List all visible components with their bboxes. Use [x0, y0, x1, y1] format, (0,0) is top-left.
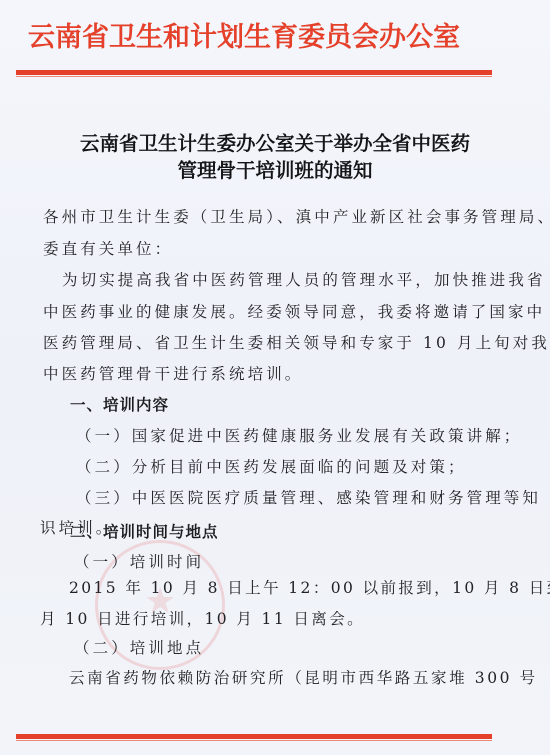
section-1-item-3-line-1: （三）中医医院医疗质量管理、感染管理和财务管理等知	[76, 487, 541, 509]
section-2-heading: 二、培训时间与地点	[70, 521, 219, 543]
intro-line-2: 中医药事业的健康发展。经委领导同意，我委将邀请了国家中	[43, 301, 545, 323]
addressee-line-1: 各州市卫生计生委（卫生局）、滇中产业新区社会事务管理局、	[43, 206, 550, 228]
document-title-line-1: 云南省卫生计生委办公室关于举办全省中医药	[0, 130, 550, 157]
intro-line-4: 中医药管理骨干进行系统培训。	[43, 363, 303, 385]
section-1-heading: 一、培训内容	[70, 394, 169, 416]
document-page: 云南省卫生和计划生育委员会办公室 云南省卫生计生委办公室关于举办全省中医药 管理…	[0, 0, 550, 755]
addressee-line-2: 委直有关单位：	[43, 238, 173, 260]
letterhead-org-name: 云南省卫生和计划生育委员会办公室	[28, 18, 528, 58]
document-title-line-2: 管理骨干培训班的通知	[0, 157, 550, 184]
training-time-line-1: 2015 年 10 月 8 日上午 12：00 以前报到，10 月 8 日到 1…	[69, 577, 550, 599]
section-1-item-2: （二）分析目前中医药发展面临的问题及对策；	[76, 456, 467, 478]
training-time-line-2: 月 10 日进行培训，10 月 11 日离会。	[40, 608, 365, 630]
section-2-sub-2-heading: （二）培训地点	[74, 637, 204, 659]
section-1-item-1: （一）国家促进中医药健康服务业发展有关政策讲解；	[76, 425, 522, 447]
intro-line-3: 医药管理局、省卫生计生委相关领导和专家于 10 月上旬对我省	[43, 332, 550, 354]
training-place-line-1: 云南省药物依赖防治研究所（昆明市西华路五家堆 300 号	[69, 667, 538, 689]
section-2-sub-1-heading: （一）培训时间	[74, 551, 204, 573]
letterhead-red-rule	[16, 70, 492, 75]
footer-red-rule	[16, 734, 492, 739]
intro-line-1: 为切实提高我省中医药管理人员的管理水平，加快推进我省	[62, 269, 546, 291]
